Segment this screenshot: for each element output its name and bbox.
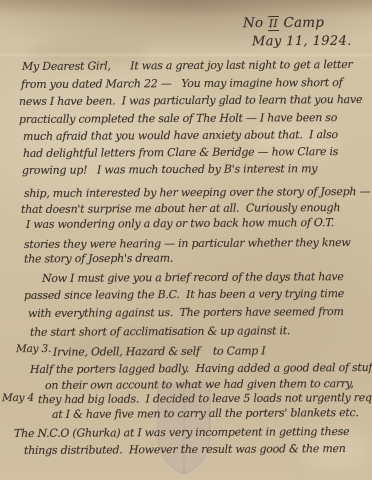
- letter-line: things distributed. However the result w…: [24, 442, 346, 457]
- letter-page: No II Camp May 11, 1924. My Dearest Girl…: [0, 0, 372, 480]
- letter-line: with everything against us. The porters …: [28, 305, 344, 320]
- margin-note-may-4: May 4: [2, 392, 34, 404]
- letter-line: My Dearest Girl, It was a great joy last…: [22, 58, 353, 73]
- letter-line: news I have been. I was particularly gla…: [19, 93, 362, 108]
- letter-line: The N.C.O (Ghurka) at I was very incompe…: [14, 425, 349, 440]
- letter-line: from you dated March 22 — You may imagin…: [21, 76, 342, 91]
- letter-line: they had big loads. I decided to leave 5…: [38, 391, 372, 406]
- letter-line: on their own account to what we had give…: [45, 377, 354, 392]
- margin-note-may-3: May 3.: [16, 343, 51, 355]
- letter-line: the story of Joseph's dream.: [24, 252, 173, 266]
- paper-crease: [0, 54, 372, 56]
- letter-line: at I & have five men to carry all the po…: [52, 406, 359, 421]
- camp-no-label: No: [243, 15, 263, 31]
- letter-line: had delightful letters from Clare & Beri…: [23, 145, 338, 160]
- letter-line: the start short of acclimatisation & up …: [30, 324, 290, 339]
- letter-line: Half the porters lagged badly. Having ad…: [30, 361, 372, 376]
- letter-line: practically completed the sale of The Ho…: [19, 111, 337, 126]
- letter-line: Now I must give you a brief record of th…: [42, 270, 344, 285]
- letter-line: I was wondering only a day or two back h…: [26, 216, 334, 231]
- letter-line: growing up! I was much touched by B's in…: [22, 162, 317, 177]
- letter-line: ship, much interested by her weeping ove…: [24, 185, 370, 200]
- letter-line: that doesn't surprise me about her at al…: [21, 201, 340, 216]
- letter-line: stories they were hearing — in particula…: [24, 236, 351, 251]
- letter-line: Irvine, Odell, Hazard & self to Camp I: [53, 344, 265, 358]
- letter-line: much afraid that you would have anxiety …: [23, 128, 338, 143]
- letter-line: passed since leaving the B.C. It has bee…: [24, 287, 344, 302]
- camp-heading: No II Camp: [243, 15, 324, 31]
- camp-numeral: II: [268, 16, 279, 31]
- camp-word: Camp: [283, 15, 324, 31]
- date-line: May 11, 1924.: [252, 34, 352, 50]
